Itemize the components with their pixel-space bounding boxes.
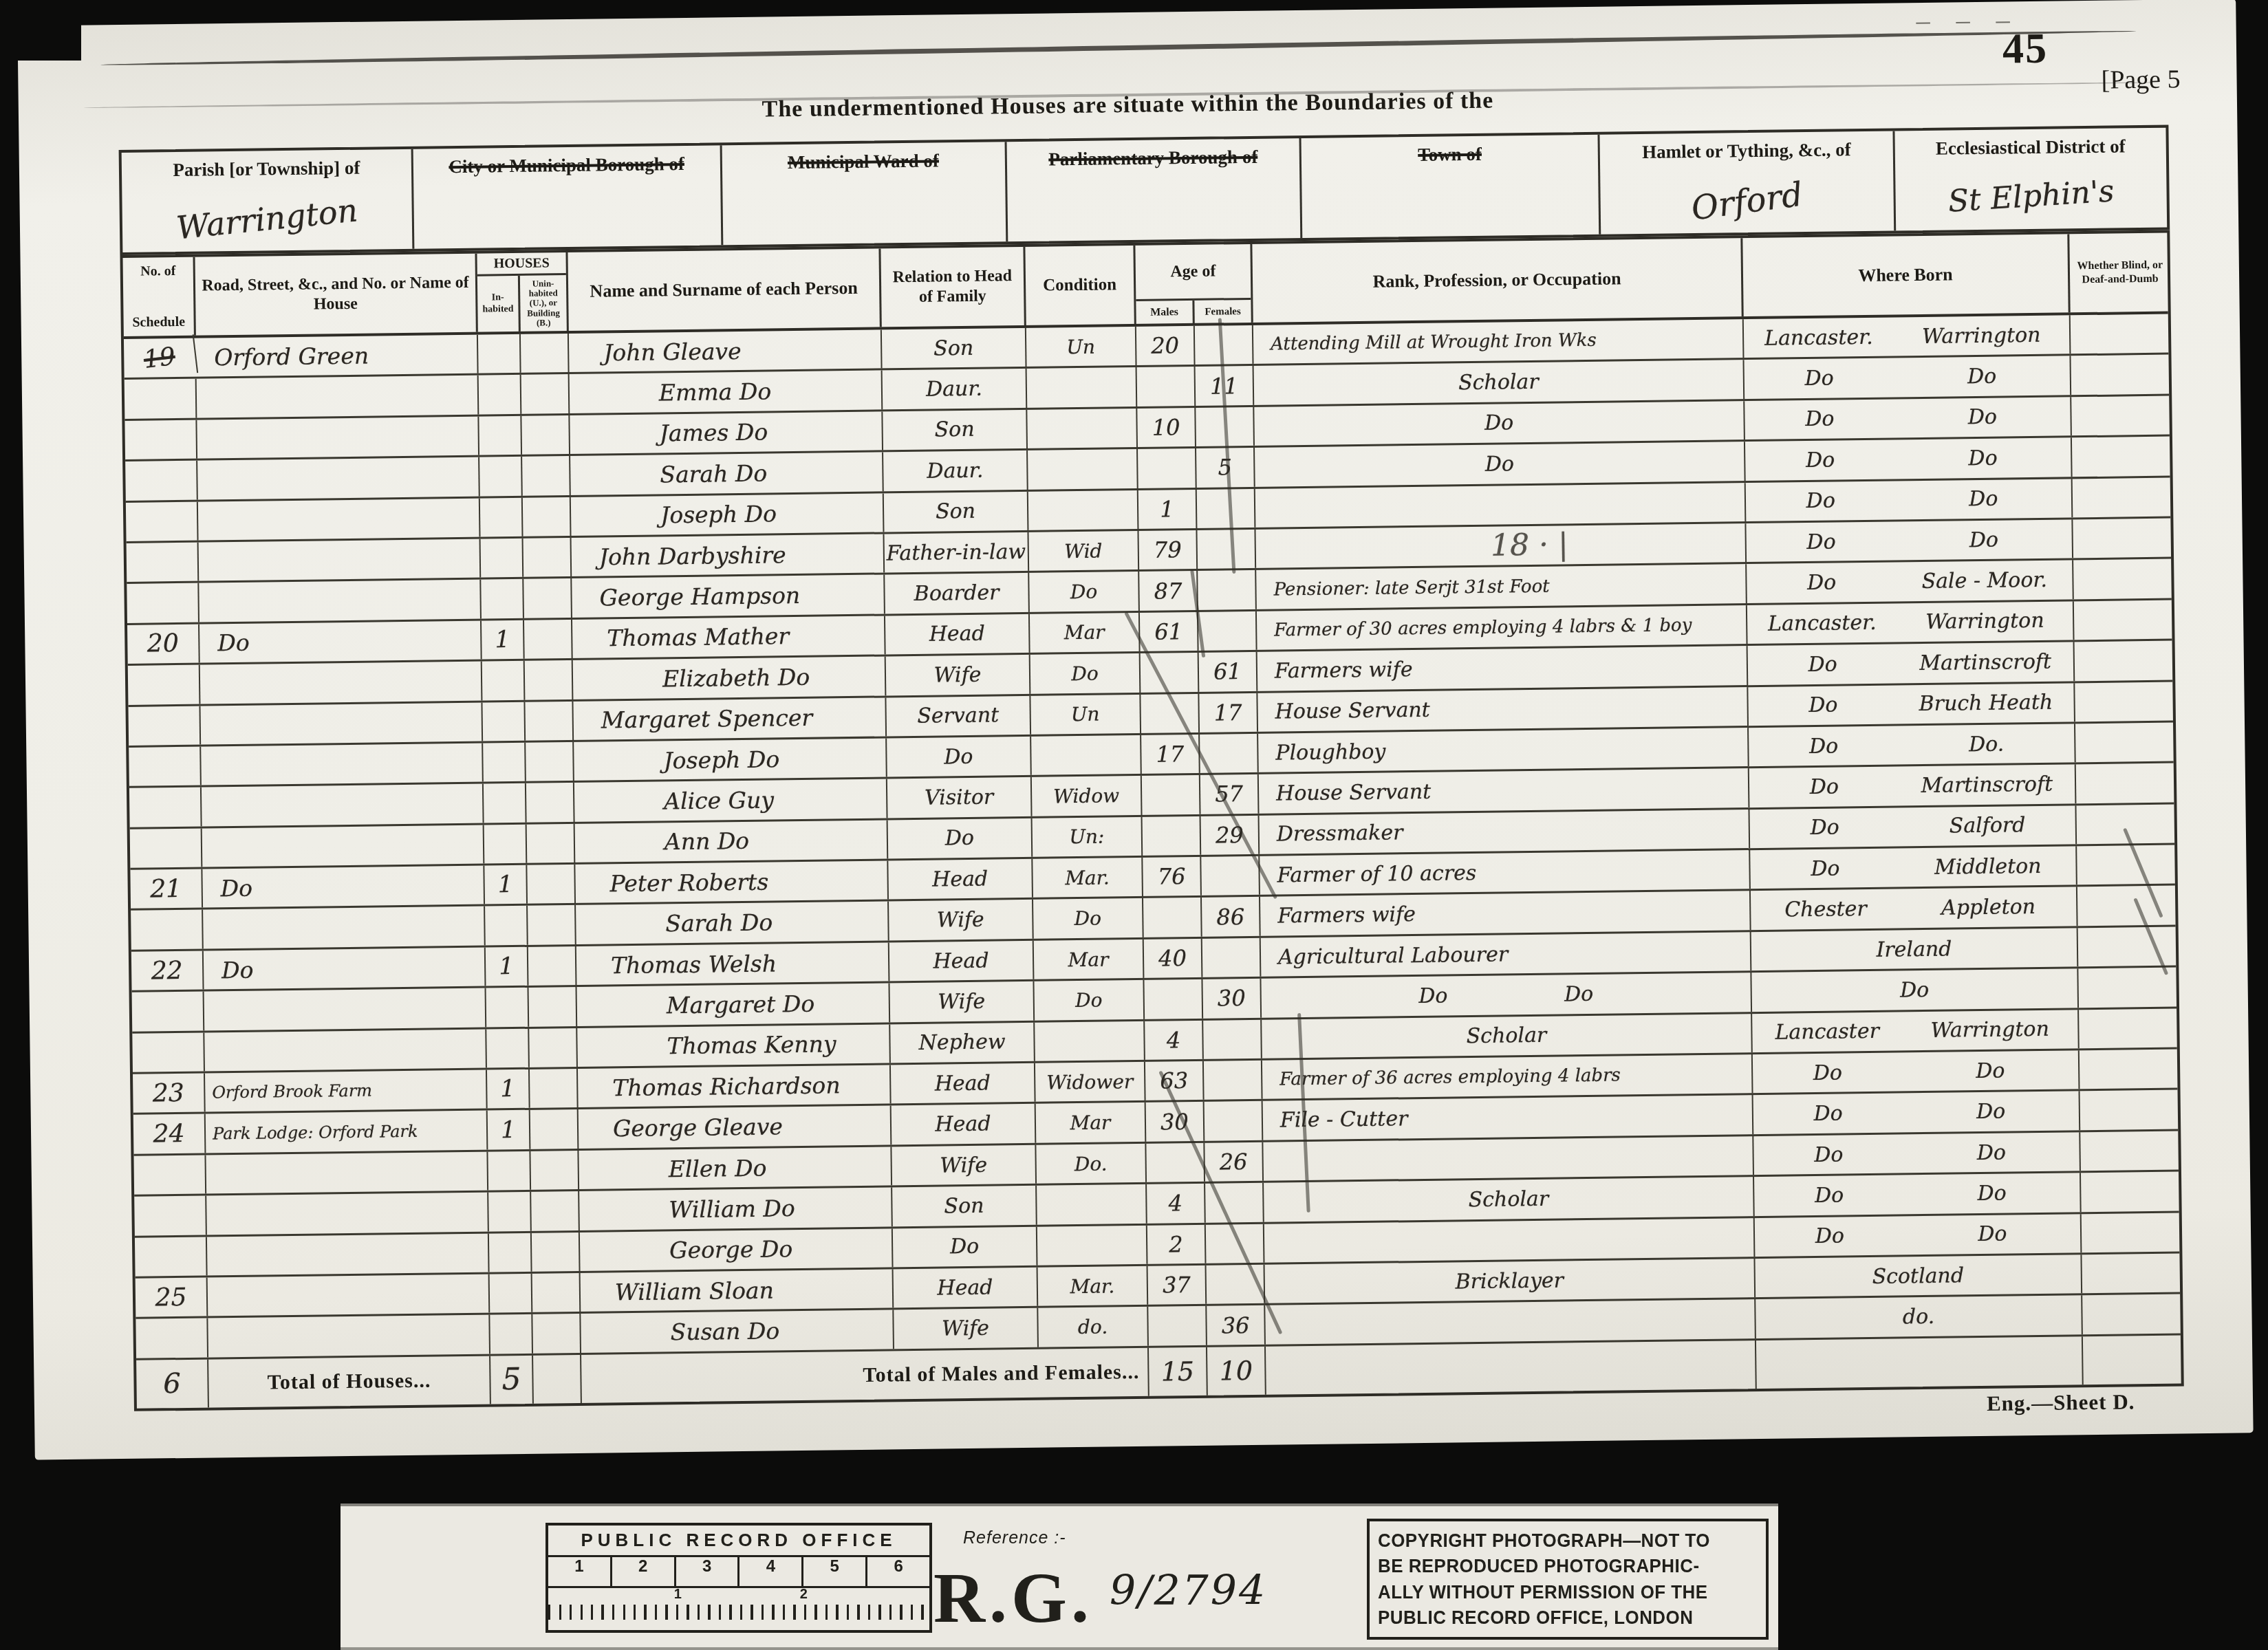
cell-disability bbox=[2075, 641, 2176, 681]
born-county: Lancaster bbox=[1752, 1019, 1902, 1045]
occupation-text: Farmers wife bbox=[1277, 902, 1416, 928]
col-label: Schedule bbox=[132, 314, 185, 331]
cell-occupation: Scholar bbox=[1254, 360, 1745, 405]
cell-uninhabited bbox=[521, 415, 570, 455]
occupation-text: Bricklayer bbox=[1455, 1268, 1564, 1294]
cell-occupation: Pensioner: late Serjt 31st Foot bbox=[1256, 564, 1747, 609]
occupation-text: Attending Mill at Wrought Iron Wks bbox=[1271, 330, 1597, 355]
cell-disability bbox=[2080, 1131, 2181, 1171]
field-city-borough: City or Municipal Borough of bbox=[413, 145, 723, 248]
cell-condition bbox=[1027, 367, 1138, 407]
occupation-text: Do bbox=[1485, 452, 1515, 477]
field-municipal-ward: Municipal Ward of bbox=[722, 142, 1008, 245]
cell-relation: Head bbox=[892, 1104, 1037, 1144]
copyright-line: ALLY WITHOUT PERMISSION OF THE bbox=[1378, 1580, 1742, 1605]
born-county: Do bbox=[1746, 488, 1896, 514]
cell-road bbox=[197, 457, 480, 499]
born-county: Chester bbox=[1751, 897, 1901, 923]
cell-born: DoMartinscroft bbox=[1749, 765, 2077, 807]
cell-schedule: 22 bbox=[131, 951, 204, 990]
pro-stamp-strip: PUBLIC RECORD OFFICE 1 2 3 4 5 6 1 2 Ref… bbox=[341, 1504, 1778, 1650]
cell-inhabited bbox=[483, 743, 526, 782]
cell-road: Orford Brook Farm bbox=[205, 1070, 488, 1112]
cell-schedule bbox=[127, 543, 199, 583]
cell-relation: Head bbox=[894, 1268, 1039, 1308]
cell-schedule bbox=[130, 828, 203, 868]
cell-disability bbox=[2074, 600, 2175, 640]
cell-age-females bbox=[1197, 530, 1256, 569]
cell-uninhabited bbox=[525, 660, 574, 699]
ruler-ticks: 1 2 bbox=[548, 1588, 929, 1620]
cell-age-males: 20 bbox=[1136, 326, 1196, 365]
field-label: Parliamentary Borough of bbox=[1027, 145, 1279, 171]
cell-schedule: 20 bbox=[127, 624, 200, 664]
cell-name: William Sloan bbox=[581, 1269, 894, 1312]
copyright-line: PUBLIC RECORD OFFICE, LONDON bbox=[1378, 1605, 1742, 1631]
occupation-text: House Servant bbox=[1276, 780, 1432, 806]
cell-condition bbox=[1028, 490, 1139, 530]
census-rows: 19Orford GreenJohn GleaveSonUn20Attendin… bbox=[124, 314, 2181, 1360]
cell-condition bbox=[1035, 1021, 1145, 1061]
cell-name: Thomas Welsh bbox=[576, 942, 890, 985]
field-value: St Elphin's bbox=[1894, 170, 2167, 222]
cell-age-males bbox=[1137, 367, 1196, 406]
cell-inhabited bbox=[482, 661, 526, 700]
field-parliamentary-borough: Parliamentary Borough of bbox=[1006, 138, 1303, 241]
field-ecclesiastical-district: Ecclesiastical District of St Elphin's bbox=[1894, 128, 2167, 231]
cell-age-males bbox=[1142, 775, 1201, 814]
occupation-text: Farmers wife bbox=[1275, 658, 1413, 683]
total-persons-label: Total of Males and Females... bbox=[581, 1348, 1149, 1403]
cell-inhabited bbox=[479, 416, 522, 455]
copyright-line: COPYRIGHT PHOTOGRAPH—NOT TO bbox=[1378, 1528, 1742, 1554]
born-county: Do bbox=[1745, 366, 1894, 392]
cell-name: Alice Guy bbox=[574, 779, 888, 822]
cell-road: Do bbox=[199, 620, 482, 662]
born-place: Salford bbox=[1899, 813, 2075, 839]
cell-occupation bbox=[1263, 1136, 1754, 1181]
cell-name: Elizabeth Do bbox=[573, 657, 887, 699]
cell-occupation bbox=[1255, 483, 1747, 528]
field-label: Town of bbox=[1322, 142, 1577, 168]
field-town: Town of bbox=[1302, 135, 1601, 238]
cell-age-males: 61 bbox=[1140, 612, 1199, 651]
cell-disability bbox=[2080, 1090, 2181, 1130]
col-label: No. of bbox=[140, 263, 175, 280]
cell-relation: Do bbox=[893, 1226, 1038, 1267]
copyright-box: COPYRIGHT PHOTOGRAPH—NOT TO BE REPRODUCE… bbox=[1367, 1519, 1769, 1640]
cell-uninhabited bbox=[524, 620, 573, 659]
cell-inhabited bbox=[478, 334, 521, 373]
born-county: Do bbox=[1749, 774, 1899, 800]
cell-inhabited bbox=[481, 579, 524, 618]
cell-age-females bbox=[1201, 856, 1260, 895]
occupation-text: Farmer of 30 acres employing 4 labrs & 1… bbox=[1274, 615, 1692, 640]
cell-age-males: 76 bbox=[1143, 857, 1202, 896]
cell-inhabited bbox=[480, 497, 523, 536]
cell-inhabited bbox=[484, 783, 527, 823]
cell-age-males: 37 bbox=[1148, 1266, 1207, 1305]
cell-condition: Do bbox=[1034, 980, 1145, 1020]
cell-relation: Do bbox=[887, 737, 1032, 777]
born-place: Do bbox=[1903, 1140, 2080, 1166]
cell-age-males: 4 bbox=[1147, 1184, 1206, 1223]
page-title: The undermentioned Houses are situate wi… bbox=[19, 78, 2237, 131]
cell-road bbox=[198, 498, 481, 540]
born-county: Do bbox=[1755, 1224, 1905, 1250]
born-place: Martinscroft bbox=[1899, 772, 2075, 798]
cell-age-males: 1 bbox=[1138, 489, 1198, 528]
cell-disability bbox=[2077, 886, 2179, 926]
cell-schedule bbox=[136, 1318, 208, 1358]
cell-uninhabited bbox=[530, 1069, 579, 1108]
cell-relation: Son bbox=[883, 410, 1028, 451]
cell-relation: Servant bbox=[886, 695, 1031, 736]
cell-road bbox=[202, 825, 485, 867]
cell-condition bbox=[1031, 735, 1142, 775]
cell-occupation: Dressmaker bbox=[1260, 810, 1751, 854]
cell-age-females: 61 bbox=[1199, 652, 1258, 691]
cell-name: Thomas Richardson bbox=[578, 1065, 892, 1107]
cell-disability bbox=[2073, 477, 2174, 517]
spacer-cell bbox=[1266, 1340, 1757, 1395]
cell-age-males: 4 bbox=[1145, 1020, 1204, 1059]
cell-condition bbox=[1037, 1225, 1148, 1265]
cell-relation: Do bbox=[888, 818, 1033, 859]
cell-inhabited bbox=[488, 1151, 531, 1191]
field-hamlet: Hamlet or Tything, &c., of Orford bbox=[1600, 131, 1897, 234]
cell-occupation: House Servant bbox=[1259, 768, 1750, 813]
col-males: Males bbox=[1136, 301, 1194, 324]
total-schedules: 6 bbox=[136, 1359, 209, 1408]
cell-name: Thomas Kenny bbox=[577, 1024, 891, 1067]
occupation-text: Do Do bbox=[1418, 982, 1593, 1008]
cell-road bbox=[202, 784, 484, 826]
cell-uninhabited bbox=[522, 456, 571, 495]
cell-disability bbox=[2073, 518, 2174, 558]
cell-name: Thomas Mather bbox=[572, 616, 886, 658]
cell-born: DoDo bbox=[1753, 1050, 2080, 1093]
cell-name: George Do bbox=[580, 1228, 894, 1271]
cell-occupation: Farmers wife bbox=[1260, 891, 1751, 936]
col-inhabited: In-habited bbox=[477, 276, 521, 332]
born-place: Do bbox=[1904, 1222, 2080, 1248]
cell-road bbox=[204, 1029, 487, 1071]
born-county: Do bbox=[1748, 693, 1898, 719]
cell-inhabited bbox=[486, 988, 530, 1027]
census-table: No. of Schedule Road, Street, &c., and N… bbox=[120, 230, 2183, 1411]
ruler-number: 5 bbox=[803, 1557, 867, 1586]
born-place: Do. bbox=[1899, 731, 2075, 757]
cell-occupation: Scholar bbox=[1262, 1014, 1753, 1059]
cell-uninhabited bbox=[531, 1191, 580, 1230]
cell-relation: Son bbox=[884, 491, 1029, 532]
cell-occupation bbox=[1264, 1218, 1756, 1263]
spacer-cell bbox=[533, 1355, 582, 1404]
cell-disability bbox=[2075, 722, 2177, 762]
cell-age-males bbox=[1148, 1306, 1207, 1345]
cell-relation: Wife bbox=[894, 1308, 1039, 1349]
cell-condition: Widow bbox=[1032, 776, 1143, 816]
cell-schedule bbox=[125, 461, 198, 501]
cell-occupation: Agricultural Labourer bbox=[1261, 932, 1752, 977]
cell-inhabited bbox=[485, 906, 528, 945]
cell-born: DoDo. bbox=[1749, 724, 2076, 766]
cell-inhabited bbox=[486, 1028, 530, 1067]
cell-disability bbox=[2079, 1008, 2180, 1048]
cell-road bbox=[200, 662, 483, 704]
cell-born: DoDo bbox=[1745, 438, 2073, 481]
cell-schedule bbox=[133, 1155, 206, 1195]
cell-age-females bbox=[1195, 325, 1254, 365]
cell-relation: Head bbox=[889, 941, 1035, 981]
cell-relation: Visitor bbox=[887, 777, 1033, 818]
cell-uninhabited bbox=[529, 1028, 578, 1067]
cell-schedule bbox=[126, 501, 199, 541]
born-place: Do bbox=[1895, 445, 2071, 471]
cell-road bbox=[208, 1274, 490, 1316]
born-place: Martinscroft bbox=[1897, 649, 2073, 675]
cell-condition bbox=[1028, 449, 1138, 489]
born-county: Scotland bbox=[1756, 1262, 2081, 1290]
cell-condition: Do bbox=[1030, 653, 1141, 693]
cell-schedule: 19 bbox=[122, 334, 198, 381]
cell-uninhabited bbox=[529, 987, 578, 1026]
cell-disability bbox=[2077, 845, 2178, 885]
ruler-number: 1 bbox=[674, 1587, 682, 1603]
cell-age-females: 86 bbox=[1202, 897, 1261, 936]
cell-uninhabited bbox=[530, 1151, 579, 1190]
cell-occupation bbox=[1265, 1299, 1756, 1344]
cell-relation: Head bbox=[891, 1063, 1036, 1104]
cell-disability bbox=[2071, 395, 2172, 435]
cell-name: William Do bbox=[579, 1188, 893, 1230]
col-disability: Whether Blind, or Deaf-and-Dumb bbox=[2069, 233, 2170, 313]
cell-inhabited bbox=[482, 702, 526, 741]
col-label: Age of bbox=[1135, 244, 1251, 299]
occupation-text: Do bbox=[1484, 411, 1514, 436]
cell-road: Do bbox=[204, 947, 486, 989]
cell-inhabited bbox=[479, 457, 523, 496]
cell-age-males: 2 bbox=[1147, 1224, 1207, 1263]
cell-age-females bbox=[1204, 1061, 1263, 1100]
cell-name: George Gleave bbox=[579, 1106, 892, 1149]
cell-age-males: 10 bbox=[1137, 408, 1196, 447]
scan-artifact bbox=[100, 29, 2137, 67]
cell-disability bbox=[2082, 1213, 2183, 1252]
cell-schedule bbox=[129, 788, 202, 827]
cell-road bbox=[204, 988, 487, 1030]
cell-road: Do bbox=[202, 866, 485, 908]
cell-age-females bbox=[1203, 1019, 1262, 1059]
born-county: Do bbox=[1753, 1142, 1903, 1168]
born-county: Do bbox=[1750, 815, 1900, 841]
col-females: Females bbox=[1194, 300, 1251, 323]
born-place: Appleton bbox=[1901, 894, 2077, 920]
cell-condition: Wid bbox=[1028, 531, 1139, 571]
cell-schedule bbox=[132, 1032, 205, 1072]
col-schedule: No. of Schedule bbox=[123, 257, 196, 336]
born-county: Do bbox=[1747, 569, 1897, 596]
cell-born: Ireland bbox=[1751, 928, 2079, 970]
cell-inhabited bbox=[490, 1274, 533, 1313]
born-county: Do bbox=[1749, 733, 1899, 759]
ruler-number: 2 bbox=[800, 1587, 808, 1603]
cell-occupation: Attending Mill at Wrought Iron Wks bbox=[1253, 319, 1745, 364]
ruler-number: 1 bbox=[548, 1557, 612, 1586]
cell-relation: Wife bbox=[889, 981, 1035, 1022]
cell-born: LancasterWarrington bbox=[1752, 1010, 2080, 1052]
field-label: Municipal Ward of bbox=[742, 149, 984, 175]
cell-age-females: 17 bbox=[1199, 693, 1258, 732]
cell-road bbox=[206, 1151, 488, 1193]
cell-inhabited bbox=[484, 825, 528, 864]
ruler-scale: 1 2 3 4 5 6 bbox=[548, 1555, 929, 1588]
scan-corner bbox=[0, 0, 81, 61]
cell-born: DoDo bbox=[1755, 1214, 2082, 1257]
cell-name: John Gleave bbox=[569, 329, 883, 372]
field-label: Parish [or Township] of bbox=[142, 156, 391, 182]
cell-uninhabited bbox=[532, 1233, 581, 1272]
cell-inhabited: 1 bbox=[482, 620, 525, 660]
cell-disability bbox=[2071, 314, 2172, 354]
cell-occupation: File - Cutter bbox=[1263, 1095, 1754, 1140]
cell-relation: Daur. bbox=[883, 369, 1028, 409]
occupation-text: Ploughboy bbox=[1275, 739, 1385, 765]
occupation-text: Pensioner: late Serjt 31st Foot bbox=[1273, 576, 1550, 600]
col-relation: Relation to Head of Family bbox=[881, 247, 1026, 327]
born-county: Do bbox=[1745, 447, 1895, 473]
cell-age-males: 87 bbox=[1139, 571, 1198, 610]
reference-number: 9/2794 bbox=[1110, 1567, 1267, 1615]
cell-condition: Mar bbox=[1034, 940, 1145, 979]
col-road: Road, Street, &c., and No. or Name of Ho… bbox=[195, 254, 478, 336]
born-place: Do bbox=[1904, 1180, 2080, 1206]
cell-age-males: 79 bbox=[1138, 530, 1198, 569]
cell-name: Joseph Do bbox=[574, 738, 887, 781]
copyright-line: BE REPRODUCED PHOTOGRAPHIC- bbox=[1378, 1554, 1742, 1579]
cell-schedule bbox=[125, 420, 197, 459]
cell-born: DoMiddleton bbox=[1750, 846, 2077, 889]
cell-occupation: Bricklayer bbox=[1265, 1259, 1756, 1303]
occupation-text: Dressmaker bbox=[1277, 821, 1403, 847]
cell-occupation: 18 · | bbox=[1255, 523, 1747, 568]
cell-name: Emma Do bbox=[570, 371, 883, 413]
cell-uninhabited bbox=[525, 701, 574, 740]
cell-schedule bbox=[128, 665, 201, 705]
cell-relation: Daur. bbox=[883, 451, 1028, 491]
cell-name: Joseph Do bbox=[571, 493, 885, 536]
cell-road bbox=[201, 743, 484, 785]
col-born: Where Born bbox=[1742, 234, 2070, 316]
cell-occupation: Ploughboy bbox=[1258, 728, 1749, 772]
cell-inhabited bbox=[481, 539, 524, 578]
cell-inhabited: 1 bbox=[487, 1070, 530, 1109]
cell-occupation: Farmers wife bbox=[1257, 646, 1749, 691]
born-place: Warrington bbox=[1893, 323, 2069, 349]
cell-name: Ann Do bbox=[575, 820, 889, 862]
cell-born: DoMartinscroft bbox=[1748, 642, 2075, 684]
cell-name: Ellen Do bbox=[579, 1147, 892, 1189]
cell-relation: Son bbox=[892, 1186, 1037, 1226]
cell-age-males bbox=[1143, 816, 1202, 856]
cell-inhabited bbox=[489, 1233, 532, 1272]
cell-uninhabited bbox=[527, 824, 576, 863]
cell-name: George Hampson bbox=[572, 575, 885, 618]
cell-uninhabited bbox=[523, 578, 572, 618]
col-occupation: Rank, Profession, or Occupation bbox=[1252, 238, 1743, 323]
occupation-text: House Servant bbox=[1275, 698, 1430, 724]
born-place: Do bbox=[1896, 527, 2072, 553]
field-label: City or Municipal Borough of bbox=[434, 153, 700, 179]
cell-uninhabited bbox=[526, 783, 575, 822]
cell-disability bbox=[2078, 926, 2179, 966]
cell-relation: Head bbox=[888, 859, 1033, 900]
cell-age-males bbox=[1143, 898, 1202, 937]
cell-born: DoDo bbox=[1754, 1173, 2082, 1215]
cell-condition: Mar bbox=[1030, 613, 1141, 653]
cell-road bbox=[200, 702, 483, 744]
cell-uninhabited bbox=[527, 865, 576, 904]
cell-road bbox=[197, 376, 479, 417]
cell-occupation: Do bbox=[1255, 442, 1746, 486]
cell-uninhabited bbox=[523, 497, 572, 536]
cell-uninhabited bbox=[521, 334, 570, 373]
cell-road bbox=[197, 416, 479, 458]
col-label: HOUSES bbox=[477, 252, 565, 276]
cell-inhabited bbox=[488, 1192, 532, 1231]
cell-occupation: Do Do bbox=[1261, 973, 1752, 1017]
cell-born: DoDo bbox=[1745, 397, 2072, 439]
folio-number: 45 bbox=[2002, 25, 2049, 74]
born-place: Do bbox=[1894, 363, 2070, 389]
born-county: Lancaster. bbox=[1744, 325, 1894, 351]
ruler-number: 2 bbox=[612, 1557, 676, 1586]
born-county: Do bbox=[1750, 856, 1900, 882]
field-value: Orford bbox=[1599, 163, 1895, 241]
page-number-label: [Page 5 bbox=[2101, 64, 2181, 95]
cell-born: DoBruch Heath bbox=[1748, 683, 2075, 726]
cell-schedule bbox=[127, 583, 199, 623]
cell-inhabited: 1 bbox=[488, 1110, 531, 1149]
cell-uninhabited bbox=[523, 538, 572, 577]
cell-road bbox=[208, 1315, 490, 1357]
cell-schedule bbox=[125, 379, 197, 419]
field-label: Ecclesiastical District of bbox=[1916, 135, 2146, 161]
cell-schedule bbox=[128, 706, 201, 746]
cell-name: Sarah Do bbox=[570, 453, 884, 495]
cell-occupation: Farmer of 36 acres employing 4 labrs bbox=[1262, 1054, 1753, 1099]
cell-uninhabited bbox=[526, 742, 574, 781]
born-county: Lancaster. bbox=[1747, 611, 1897, 637]
cell-born: DoDo bbox=[1753, 1132, 2081, 1175]
spacer-cell bbox=[2083, 1335, 2184, 1385]
field-label: Hamlet or Tything, &c., of bbox=[1621, 138, 1872, 164]
cell-born: DoSalford bbox=[1749, 805, 2077, 848]
cell-age-females bbox=[1205, 1101, 1264, 1140]
cell-schedule: 25 bbox=[136, 1278, 208, 1318]
occupation-text: Farmer of 36 acres employing 4 labrs bbox=[1279, 1065, 1621, 1090]
born-county: Do bbox=[1752, 976, 2077, 1004]
cell-schedule bbox=[132, 992, 205, 1032]
cell-uninhabited bbox=[528, 905, 576, 944]
cell-schedule bbox=[129, 747, 202, 787]
cell-disability bbox=[2072, 437, 2173, 477]
cell-inhabited: 1 bbox=[486, 947, 529, 986]
cell-uninhabited bbox=[532, 1314, 581, 1353]
cell-occupation: Scholar bbox=[1264, 1177, 1755, 1222]
occupation-text: Scholar bbox=[1458, 370, 1539, 395]
